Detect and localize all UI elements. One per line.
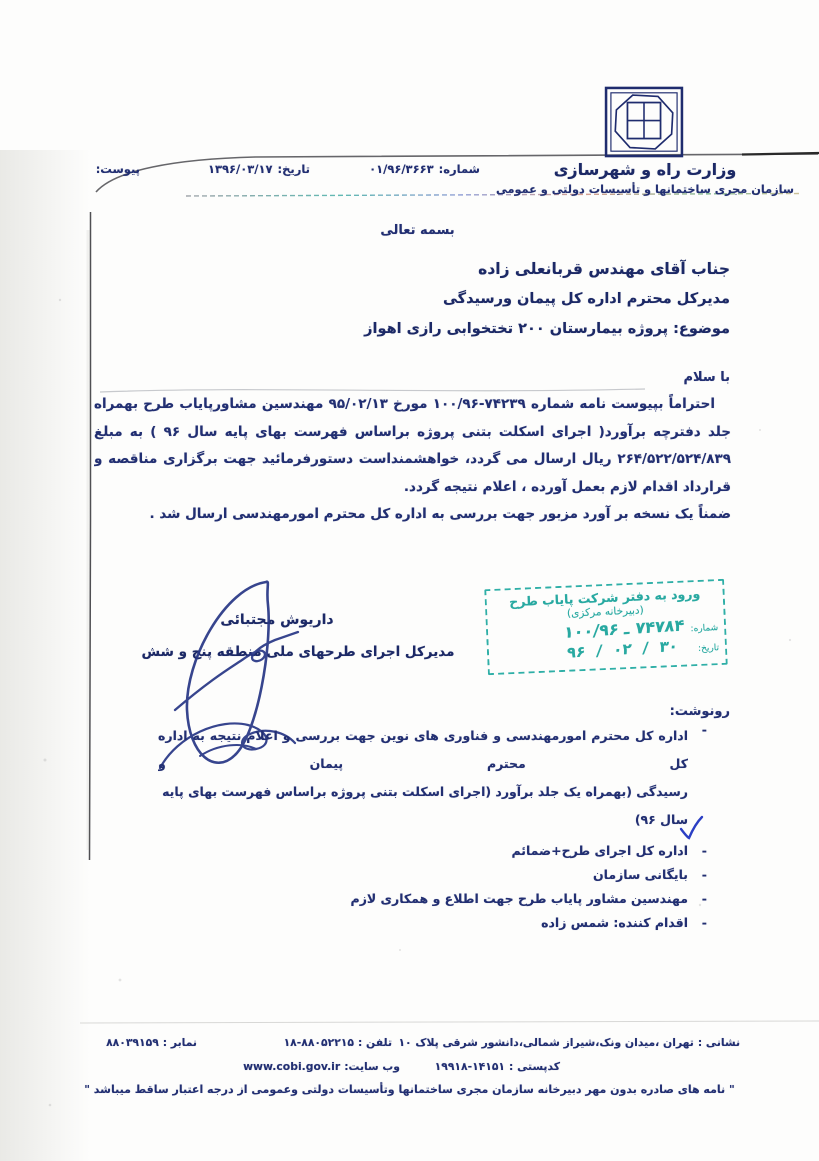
- letter-number-label: شماره:: [439, 162, 480, 176]
- footer-phone: تلفن : ۱۸-۸۸۰۵۲۲۱۵: [284, 1036, 392, 1049]
- subject-line: موضوع: پروژه بیمارستان ۲۰۰ تختخوابی رازی…: [364, 321, 730, 337]
- ministry-name: وزارت راه و شهرسازی: [525, 160, 765, 179]
- cc-heading: رونوشت:: [670, 704, 730, 719]
- body-line: ۲۶۴/۵۲۲/۵۲۴/۸۳۹ ریال ارسال می گردد، خواه…: [94, 446, 731, 474]
- website-value: www.cobi.gov.ir: [243, 1060, 340, 1073]
- recipient-block: جناب آقای مهندس قربانعلی زاده مدیرکل محت…: [364, 260, 730, 337]
- entry-stamp: ورود به دفتر شرکت پایاب طرح (دبیرخانه مر…: [484, 579, 728, 675]
- footer-fax: نمابر : ۸۸۰۳۹۱۵۹: [106, 1036, 197, 1049]
- stamp-date-label: تاریخ:: [698, 643, 719, 654]
- cc-item: مهندسین مشاور پایاب طرح جهت اطلاع و همکا…: [158, 889, 688, 909]
- attachment-field: پیوست:: [96, 162, 140, 176]
- phone-label: تلفن :: [358, 1036, 392, 1049]
- footer-address: نشانی : تهران ،میدان ونک،شیراز شمالی،دان…: [398, 1036, 740, 1049]
- besmellah-heading: بسمه تعالی: [340, 223, 495, 238]
- postal-label: کدپستی :: [509, 1060, 560, 1073]
- cc-list: اداره کل محترم امورمهندسی و فناوری های ن…: [158, 722, 688, 933]
- ministry-logo-icon: [603, 86, 685, 158]
- letter-date-label: تاریخ:: [278, 162, 310, 176]
- cc-item: اداره کل محترم امورمهندسی و فناوری های ن…: [158, 722, 688, 834]
- letter-body: احتراماً بپیوست نامه شماره ۷۴۲۳۹-۱۰۰/۹۶ …: [94, 391, 731, 529]
- fax-label: نمابر :: [163, 1036, 197, 1049]
- body-line: قرارداد اقدام لازم بعمل آورده ، اعلام نت…: [94, 474, 731, 502]
- letter-number-field: شماره: ۰۱/۹۶/۳۶۶۳: [369, 162, 480, 176]
- attachment-label: پیوست:: [96, 162, 140, 176]
- organization-name: سازمان مجری ساختمانها و تأسیسات دولتی و …: [480, 183, 810, 196]
- scanned-letter-page: وزارت راه و شهرسازی سازمان مجری ساختمانه…: [0, 0, 819, 1161]
- phone-value: ۱۸-۸۸۰۵۲۲۱۵: [284, 1036, 354, 1049]
- cc-item: بایگانی سازمان: [158, 865, 688, 885]
- cc-item-line: اداره کل محترم امورمهندسی و فناوری های ن…: [158, 722, 688, 778]
- body-line: ضمناً یک نسخه بر آورد مزبور جهت بررسی به…: [94, 501, 731, 529]
- salutation: با سلام: [684, 370, 730, 385]
- fax-value: ۸۸۰۳۹۱۵۹: [106, 1036, 159, 1049]
- address-label: نشانی :: [698, 1036, 740, 1049]
- letter-number-value: ۰۱/۹۶/۳۶۶۳: [369, 162, 434, 176]
- postal-value: ۱۹۹۱۸-۱۴۱۵۱: [435, 1060, 505, 1073]
- stamp-number-label: شماره:: [690, 623, 718, 634]
- body-line: احتراماً بپیوست نامه شماره ۷۴۲۳۹-۱۰۰/۹۶ …: [94, 391, 731, 419]
- footer-postal-code: کدپستی : ۱۹۹۱۸-۱۴۱۵۱: [435, 1060, 560, 1073]
- letter-date-field: تاریخ: ۱۳۹۶/۰۳/۱۷: [208, 162, 310, 176]
- recipient-name: جناب آقای مهندس قربانعلی زاده: [364, 260, 730, 278]
- address-value: تهران ،میدان ونک،شیراز شمالی،دانشور شرقی…: [398, 1036, 693, 1049]
- body-line: جلد دفترچه برآورد( اجرای اسکلت بتنی پروژ…: [94, 419, 731, 447]
- cc-item: اداره کل اجرای طرح+ضمائم: [158, 841, 688, 861]
- cc-item: اقدام کننده: شمس زاده: [158, 913, 688, 933]
- cc-item-line: رسیدگی (بهمراه یک جلد برآورد (اجرای اسکل…: [158, 778, 688, 834]
- website-label: وب سایت:: [344, 1060, 400, 1073]
- checkmark-icon: [676, 812, 706, 842]
- footer-disclaimer: " نامه های صادره بدون مهر دبیرخانه سازما…: [60, 1083, 759, 1096]
- letter-date-value: ۱۳۹۶/۰۳/۱۷: [208, 162, 273, 176]
- footer-website: وب سایت: www.cobi.gov.ir: [243, 1060, 400, 1073]
- recipient-title: مدیرکل محترم اداره کل پیمان ورسیدگی: [364, 291, 730, 307]
